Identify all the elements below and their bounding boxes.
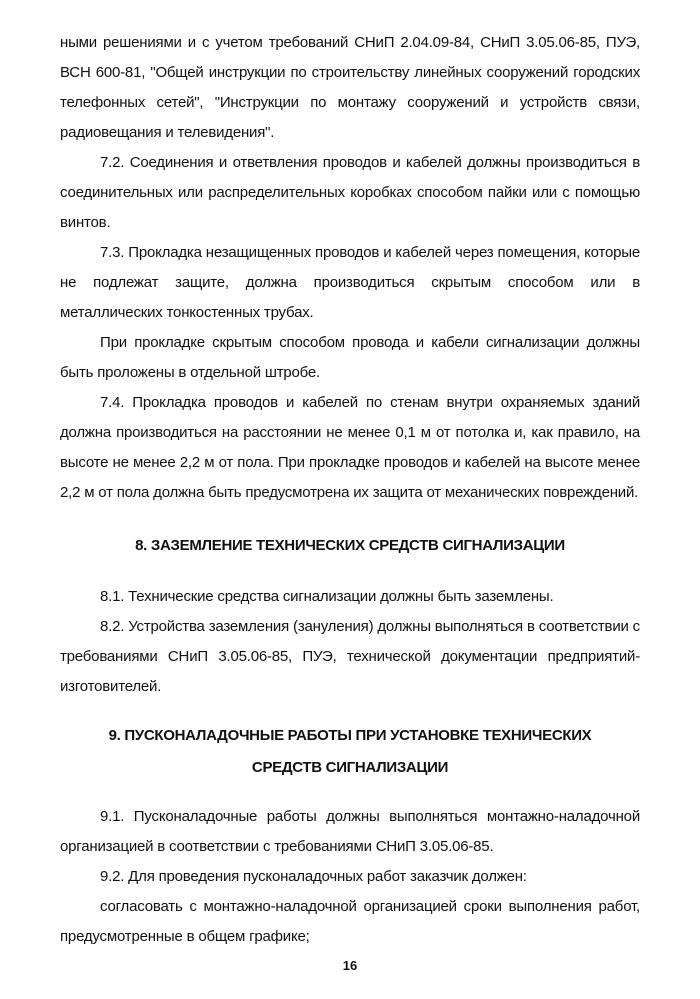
paragraph-7-3: 7.3. Прокладка незащищенных проводов и к…	[60, 238, 640, 328]
paragraph-9-2: 9.2. Для проведения пусконаладочных рабо…	[60, 862, 640, 892]
section-8-heading: 8. ЗАЗЕМЛЕНИЕ ТЕХНИЧЕСКИХ СРЕДСТВ СИГНАЛ…	[60, 530, 640, 562]
paragraph-9-2-item: согласовать с монтажно-наладочной органи…	[60, 892, 640, 952]
paragraph-7-2: 7.2. Соединения и ответвления проводов и…	[60, 148, 640, 238]
section-9-heading-line2: СРЕДСТВ СИГНАЛИЗАЦИИ	[60, 752, 640, 784]
paragraph-9-1: 9.1. Пусконаладочные работы должны выпол…	[60, 802, 640, 862]
paragraph-7-3-hidden-laying: При прокладке скрытым способом провода и…	[60, 328, 640, 388]
paragraph-8-1: 8.1. Технические средства сигнализации д…	[60, 582, 640, 612]
section-9-heading-line1: 9. ПУСКОНАЛАДОЧНЫЕ РАБОТЫ ПРИ УСТАНОВКЕ …	[60, 720, 640, 752]
section-9-heading: 9. ПУСКОНАЛАДОЧНЫЕ РАБОТЫ ПРИ УСТАНОВКЕ …	[60, 720, 640, 784]
document-page: ными решениями и с учетом требований СНи…	[60, 28, 640, 952]
paragraph-8-2: 8.2. Устройства заземления (зануления) д…	[60, 612, 640, 702]
paragraph-continuation: ными решениями и с учетом требований СНи…	[60, 28, 640, 148]
page-number: 16	[0, 958, 700, 973]
paragraph-7-4: 7.4. Прокладка проводов и кабелей по сте…	[60, 388, 640, 508]
